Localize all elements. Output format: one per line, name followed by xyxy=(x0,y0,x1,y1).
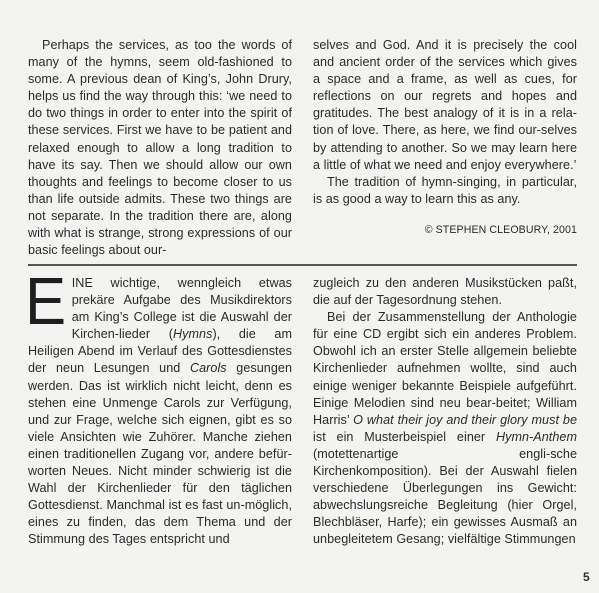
italic-title: O what their joy and their glory must be xyxy=(353,413,577,427)
text-run: gesungen werden. Das ist wirklich nicht … xyxy=(28,361,292,546)
dropcap-letter: E xyxy=(25,277,66,329)
english-right-column: selves and God. And it is precisely the … xyxy=(313,37,577,239)
italic-term: Hymn-Anthem xyxy=(496,430,577,444)
german-left-column: EINE wichtige, wenngleich etwas prekäre … xyxy=(28,275,292,549)
german-right-column: zugleich zu den anderen Musikstücken paß… xyxy=(313,275,577,549)
german-paragraph: zugleich zu den anderen Musikstücken paß… xyxy=(313,275,577,309)
booklet-page: Perhaps the services, as too the words o… xyxy=(0,0,599,593)
german-paragraph: EINE wichtige, wenngleich etwas prekäre … xyxy=(28,275,292,549)
section-divider xyxy=(28,264,577,266)
english-paragraph: selves and God. And it is precisely the … xyxy=(313,37,577,174)
italic-term: Carols xyxy=(190,361,227,375)
german-paragraph: Bei der Zusammenstellung der Anthologie … xyxy=(313,309,577,548)
text-run: (motettenartige engli-sche Kirchenkompos… xyxy=(313,447,577,546)
text-run: Bei der Zusammenstellung der Anthologie … xyxy=(313,310,577,427)
text-run: ist ein Musterbeispiel einer xyxy=(313,430,496,444)
english-paragraph: Perhaps the services, as too the words o… xyxy=(28,37,292,259)
english-paragraph: The tradition of hymn-singing, in partic… xyxy=(313,174,577,208)
copyright-credit: © STEPHEN CLEOBURY, 2001 xyxy=(313,222,577,239)
italic-term: Hymns xyxy=(173,327,212,341)
english-left-column: Perhaps the services, as too the words o… xyxy=(28,37,292,259)
page-number: 5 xyxy=(583,570,590,584)
